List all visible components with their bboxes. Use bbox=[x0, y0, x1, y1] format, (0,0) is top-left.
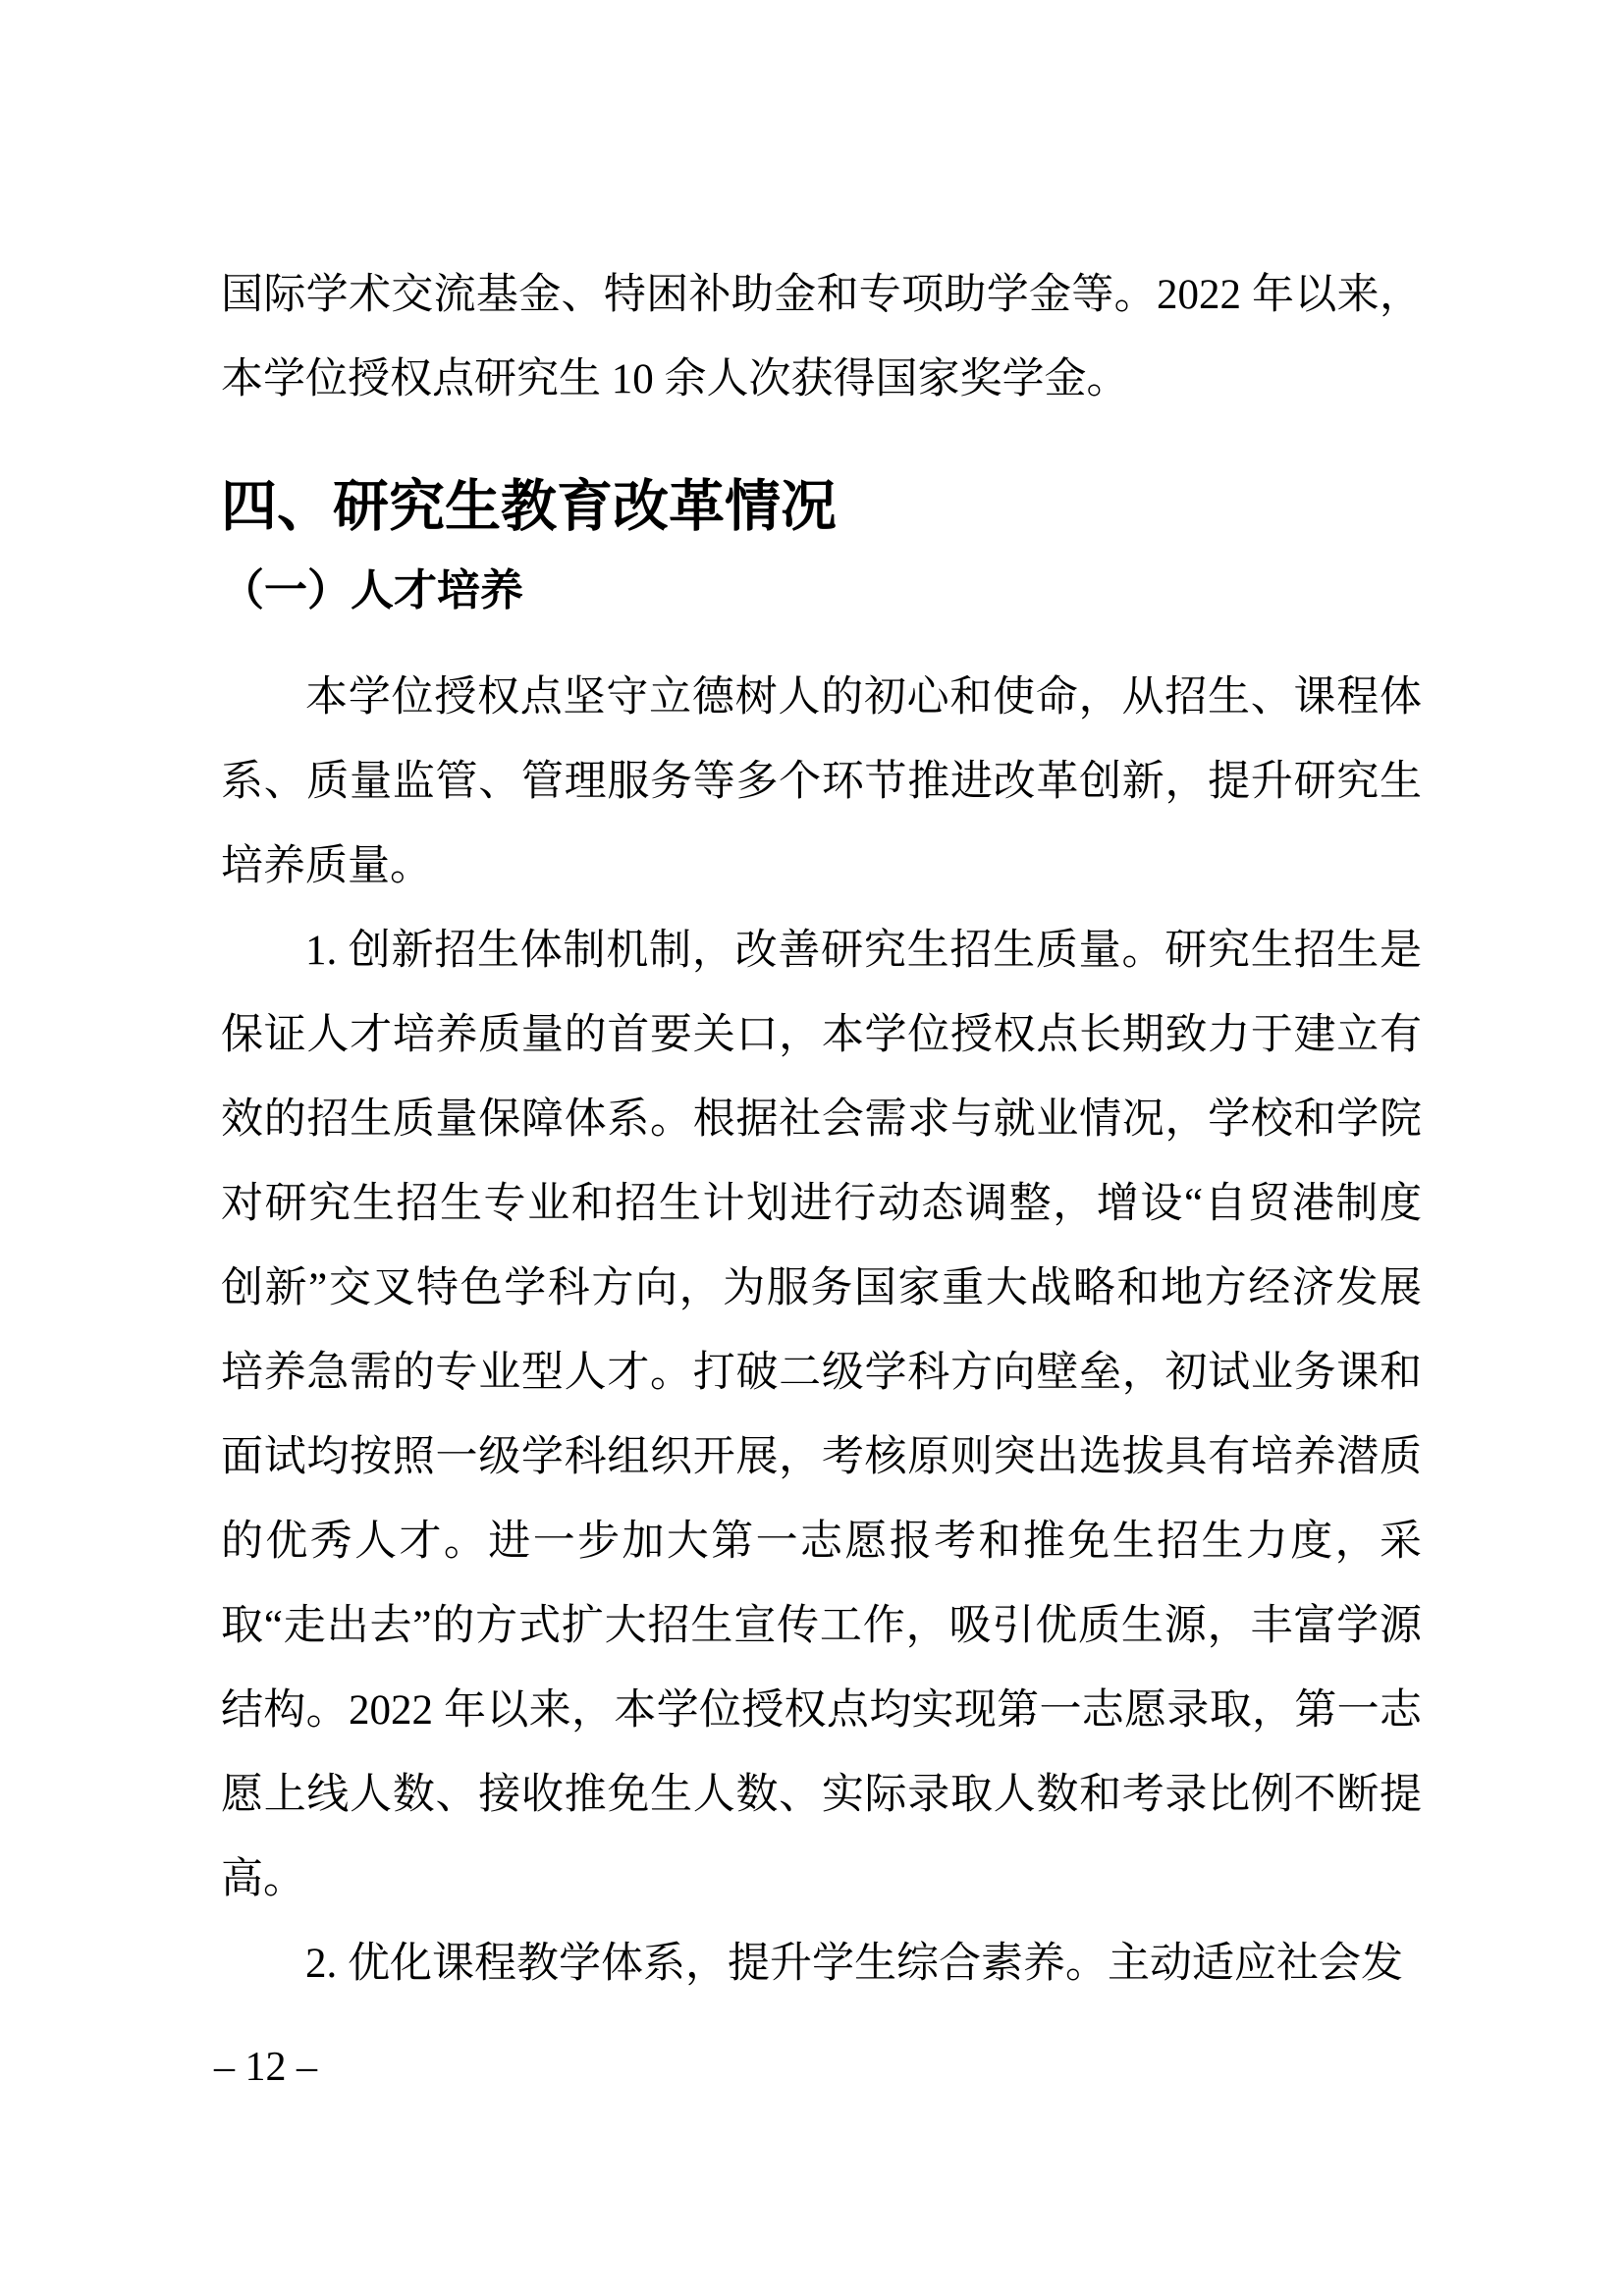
page-content: 国际学术交流基金、特困补助金和专项助学金等。2022 年以来，本学位授权点研究生… bbox=[221, 253, 1422, 2006]
page-number: – 12 – bbox=[214, 2044, 317, 2091]
document-page: 国际学术交流基金、特困补助金和专项助学金等。2022 年以来，本学位授权点研究生… bbox=[0, 0, 1624, 2296]
body-paragraph-3: 2. 优化课程教学体系，提升学生综合素养。主动适应社会发 bbox=[221, 1922, 1422, 2006]
intro-paragraph: 国际学术交流基金、特困补助金和专项助学金等。2022 年以来，本学位授权点研究生… bbox=[221, 253, 1422, 422]
body-paragraph-2: 1. 创新招生体制机制，改善研究生招生质量。研究生招生是保证人才培养质量的首要关… bbox=[221, 909, 1422, 1922]
section-heading: 四、研究生教育改革情况 bbox=[221, 467, 1422, 546]
subsection-heading: （一）人才培养 bbox=[221, 560, 1422, 622]
body-paragraph-1: 本学位授权点坚守立德树人的初心和使命，从招生、课程体系、质量监管、管理服务等多个… bbox=[221, 656, 1422, 909]
